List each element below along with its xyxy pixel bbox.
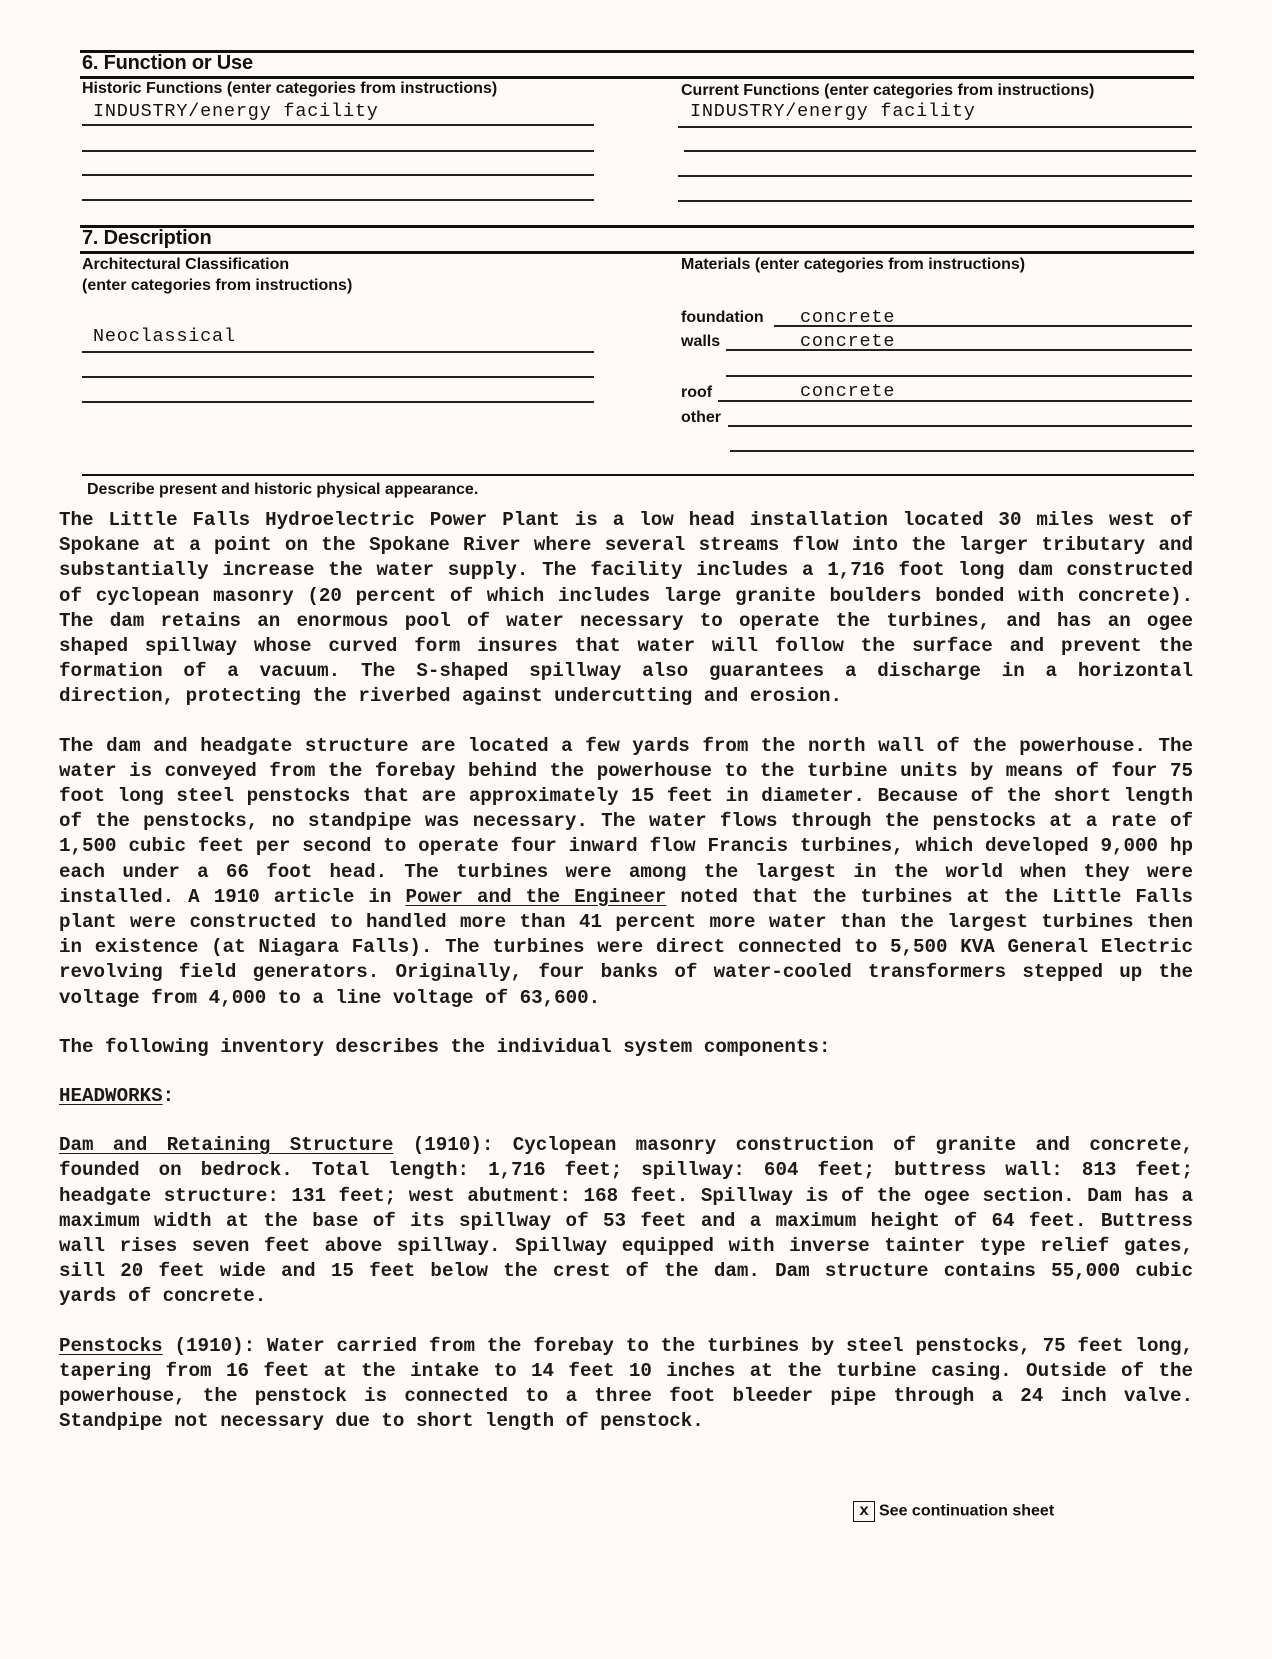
penstocks-entry-text: (1910): Water carried from the forebay t… xyxy=(59,1335,1193,1433)
dam-entry: Dam and Retaining Structure (1910): Cycl… xyxy=(59,1133,1193,1309)
narrative-paragraph-3: The following inventory describes the in… xyxy=(59,1035,1193,1060)
walls-extra-line xyxy=(726,375,1192,377)
citation-power-and-the-engineer: Power and the Engineer xyxy=(405,886,666,908)
historic-function-line-2 xyxy=(82,150,594,152)
walls-label: walls xyxy=(681,333,720,351)
current-functions-label: Current Functions (enter categories from… xyxy=(681,82,1094,100)
foundation-label: foundation xyxy=(681,309,764,327)
other-label: other xyxy=(681,409,721,427)
current-function-1[interactable]: INDUSTRY/energy facility xyxy=(690,101,976,122)
current-function-line-1 xyxy=(678,126,1192,128)
historic-function-line-3 xyxy=(82,174,594,176)
historic-functions-label: Historic Functions (enter categories fro… xyxy=(82,80,497,98)
continuation-checkbox[interactable]: x xyxy=(853,1501,875,1522)
arch-classification-line-1 xyxy=(82,351,594,353)
current-function-line-2 xyxy=(684,150,1196,152)
other-line xyxy=(728,425,1192,427)
continuation-sheet[interactable]: xSee continuation sheet xyxy=(853,1501,1054,1522)
arch-classification-line-2 xyxy=(82,376,594,378)
continuation-label: See continuation sheet xyxy=(879,1503,1054,1520)
foundation-value[interactable]: concrete xyxy=(800,307,895,328)
arch-classification-1[interactable]: Neoclassical xyxy=(93,326,236,347)
narrative-paragraph-1: The Little Falls Hydroelectric Power Pla… xyxy=(59,508,1193,710)
historic-function-line-4 xyxy=(82,199,594,201)
historic-function-line-1 xyxy=(82,124,594,126)
section7-title: 7. Description xyxy=(82,227,211,250)
arch-classification-sublabel: (enter categories from instructions) xyxy=(82,277,352,295)
roof-value[interactable]: concrete xyxy=(800,381,895,402)
penstocks-entry: Penstocks (1910): Water carried from the… xyxy=(59,1334,1193,1435)
narrative-p2-text-a: The dam and headgate structure are locat… xyxy=(59,735,1193,908)
roof-line xyxy=(718,400,1192,402)
dam-entry-title: Dam and Retaining Structure xyxy=(59,1134,393,1156)
headworks-heading-colon: : xyxy=(163,1085,175,1107)
narrative-body: The Little Falls Hydroelectric Power Pla… xyxy=(59,508,1193,1441)
materials-label: Materials (enter categories from instruc… xyxy=(681,256,1025,274)
section7-top-rule xyxy=(80,225,1194,228)
section6-title-rule xyxy=(80,76,1194,79)
dam-entry-text: (1910): Cyclopean masonry construction o… xyxy=(59,1134,1193,1307)
section6-title: 6. Function or Use xyxy=(82,52,253,75)
section7-title-rule xyxy=(80,251,1194,254)
headworks-heading: HEADWORKS: xyxy=(59,1084,1193,1109)
other-extra-line xyxy=(730,450,1194,452)
walls-line xyxy=(726,349,1192,351)
arch-classification-label: Architectural Classification xyxy=(82,256,289,274)
section7-separator-rule xyxy=(82,474,1194,476)
arch-classification-line-3 xyxy=(82,401,594,403)
current-function-line-3 xyxy=(678,175,1192,177)
walls-value[interactable]: concrete xyxy=(800,331,895,352)
historic-function-1[interactable]: INDUSTRY/energy facility xyxy=(93,101,379,122)
roof-label: roof xyxy=(681,384,712,402)
penstocks-entry-title: Penstocks xyxy=(59,1335,163,1357)
headworks-heading-text: HEADWORKS xyxy=(59,1085,163,1107)
narrative-paragraph-2: The dam and headgate structure are locat… xyxy=(59,734,1193,1011)
describe-label: Describe present and historic physical a… xyxy=(87,481,478,499)
current-function-line-4 xyxy=(678,200,1192,202)
